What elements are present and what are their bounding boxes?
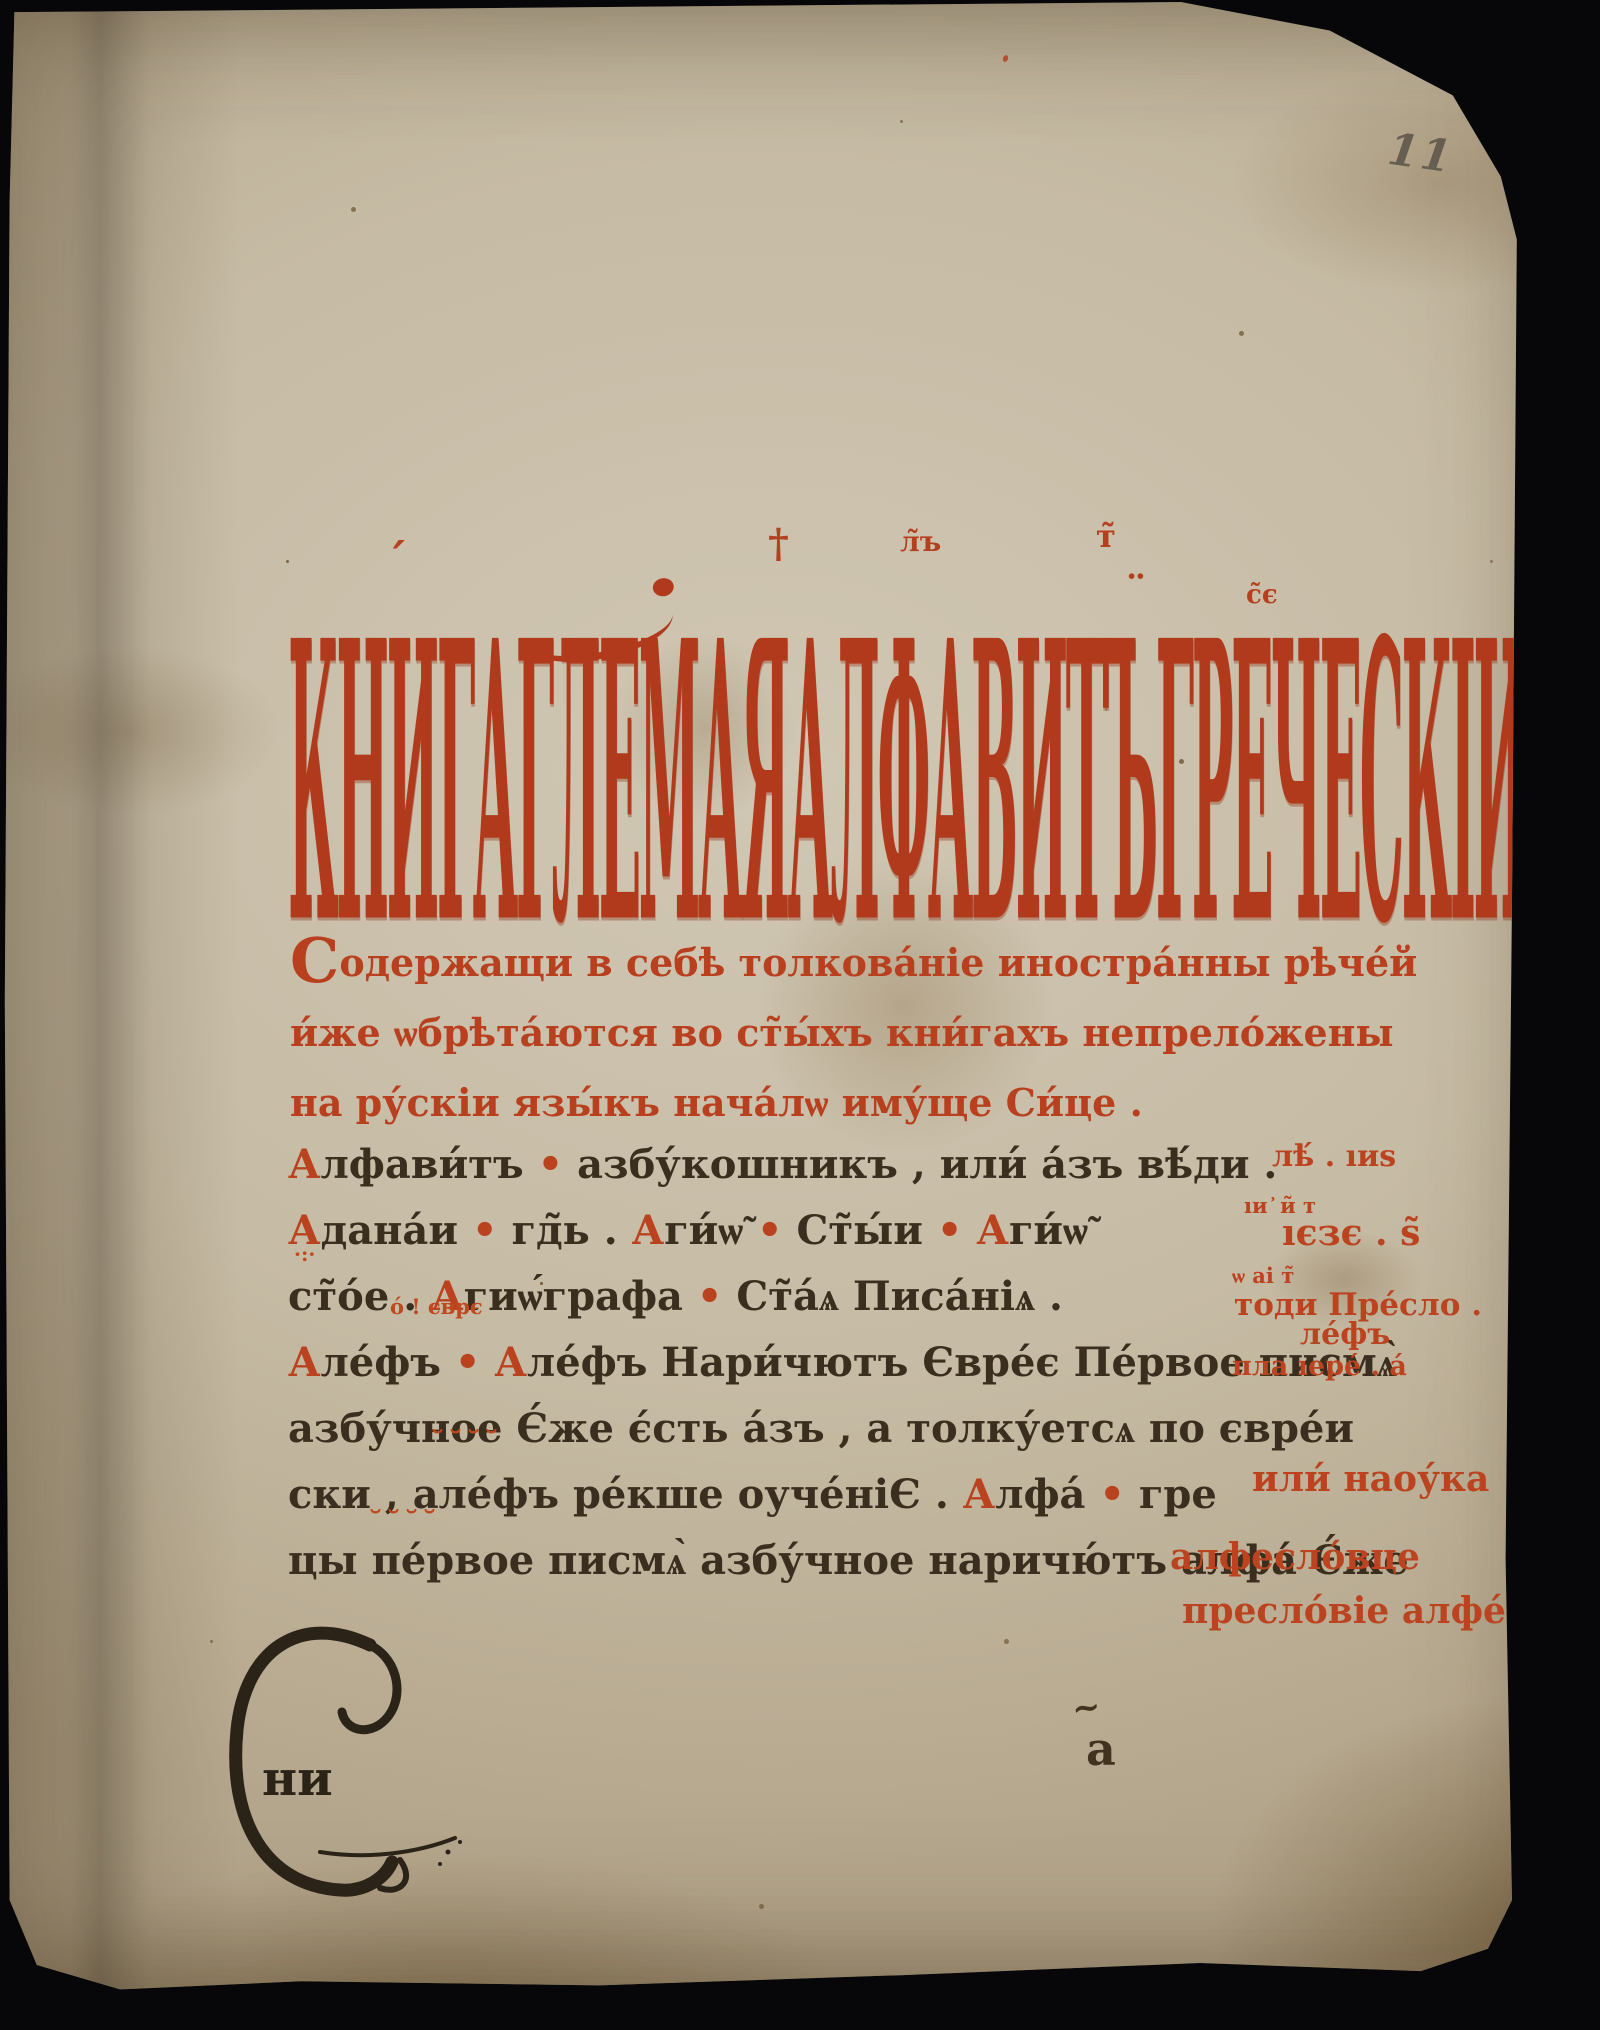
entry-segment-black: ги́ѡ̃: [664, 1207, 757, 1254]
entry-segment-red: •: [455, 1339, 495, 1386]
entry-segment-red: •: [472, 1207, 512, 1254]
photo-background: 11 КНИГАГЛЕМАЯАЛФАВИТЪГРЕЧЕСКІИ ´†л̃ът̃с…: [0, 0, 1600, 2030]
subtitle-line: на ру́скіи язы́къ нача́лѡ иму́ще Си́це .: [290, 1068, 1190, 1138]
manuscript-page: 11 КНИГАГЛЕМАЯАЛФАВИТЪГРЕЧЕСКІИ ´†л̃ът̃с…: [0, 0, 1600, 2030]
interlinear-mark: ·:·: [294, 1244, 315, 1264]
entry-segment-red: •: [538, 1141, 578, 1188]
entry-segment-black: ле́фъ: [321, 1339, 455, 1386]
quire-signature: а: [1086, 1722, 1116, 1776]
entry-lines: Алфави́тъ • азбу́кошникъ , или́ а́зъ вѣ́…: [288, 1132, 1388, 1594]
vyaz-title-block: КНИГАГЛЕМАЯАЛФАВИТЪГРЕЧЕСКІИ: [288, 593, 1388, 903]
heading-ornament: ¨: [1126, 572, 1146, 612]
entry-line: Адана́и • гд̃ь . Аги́ѡ̃ • Ст̃ы́и • Аги́ѡ…: [288, 1198, 1388, 1264]
ink-specks: [0, 0, 3, 3]
entry-line: Алфави́тъ • азбу́кошникъ , или́ а́зъ вѣ́…: [288, 1132, 1388, 1198]
entry-segment-black: азбу́кошникъ , или́ а́зъ вѣ́ди .: [577, 1141, 1277, 1188]
margin-note: ѡ аі т̃: [1232, 1264, 1294, 1287]
margin-note: ıєзє . ѕ̃: [1282, 1214, 1420, 1254]
subtitle-line: Содержащи в себѣ толкова́ніе иностра́нны…: [290, 928, 1190, 998]
entry-segment-red: •: [757, 1207, 797, 1254]
entry-segment-black: дана́и: [321, 1207, 472, 1254]
subtitle-lines: Содержащи в себѣ толкова́ніе иностра́нны…: [290, 928, 1190, 1138]
vyaz-title-text: КНИГАГЛЕМАЯАЛФАВИТЪГРЕЧЕСКІИ: [288, 593, 1524, 977]
margin-note: пресло́віе алфе́: [1182, 1592, 1506, 1632]
entry-segment-red: •: [1099, 1471, 1125, 1518]
entry-segment-red: А: [288, 1141, 321, 1188]
margin-note: алфесло́вце: [1170, 1538, 1420, 1578]
entry-segment-red: А: [963, 1471, 996, 1518]
margin-note: или́ наоу́ка: [1252, 1460, 1489, 1500]
entry-segment-red: А: [288, 1339, 321, 1386]
entry-segment-red: А: [632, 1207, 665, 1254]
interlinear-mark: ˘˘˘˘: [430, 1428, 502, 1458]
margin-note: лѣ́ . ıиѕ: [1272, 1140, 1396, 1173]
heading-ornament: ´: [385, 538, 408, 584]
interlinear-mark: ˘˘˘˘: [368, 1508, 440, 1538]
pencil-folio-number: 11: [1385, 124, 1457, 184]
entry-line: Але́фъ • Але́фъ Нари́чютъ Євре́є Пе́рвое…: [288, 1330, 1388, 1396]
entry-segment-red: А: [494, 1339, 527, 1386]
subtitle-line: и́же ѡбрѣта́ются во ст̃ы́хъ кни́гахъ неп…: [290, 998, 1190, 1068]
heading-ornament: †: [768, 524, 789, 564]
entry-segment-black: гиѡ́графа: [464, 1273, 697, 1320]
large-initial: С: [290, 924, 339, 997]
entry-segment-black: гд̃ь .: [511, 1207, 631, 1254]
entry-segment-red: •: [937, 1207, 977, 1254]
entry-line: ски , але́фъ ре́кше оуче́ніЄ . Алфа́ • г…: [288, 1462, 1388, 1528]
heading-ornament: л̃ъ: [900, 528, 941, 556]
flourish-letters: ни: [262, 1751, 333, 1807]
quire-signature-titlo: ~: [1069, 1686, 1103, 1730]
entry-segment-black: лфа́: [995, 1471, 1099, 1518]
entry-segment-black: гре: [1125, 1471, 1217, 1518]
entry-segment-black: Ст̃ы́и: [797, 1207, 937, 1254]
margin-note: пла ıере́ . а́: [1232, 1352, 1407, 1382]
heading-ornament: с̃є: [1246, 582, 1278, 608]
ownership-flourish: ни: [210, 1600, 530, 1930]
interlinear-mark: о́ ! єврє: [390, 1296, 483, 1317]
heading-ornament: т̃: [1096, 520, 1116, 552]
entry-segment-black: Ст̃а́ѧ Писа́ніѧ .: [736, 1273, 1063, 1320]
entry-segment-red: А: [976, 1207, 1009, 1254]
entry-segment-black: лфави́тъ: [321, 1141, 538, 1188]
entry-segment-black: ги́ѡ̃: [1009, 1207, 1088, 1254]
margin-note: ле́фъ: [1300, 1318, 1390, 1351]
entry-segment-red: •: [697, 1273, 737, 1320]
